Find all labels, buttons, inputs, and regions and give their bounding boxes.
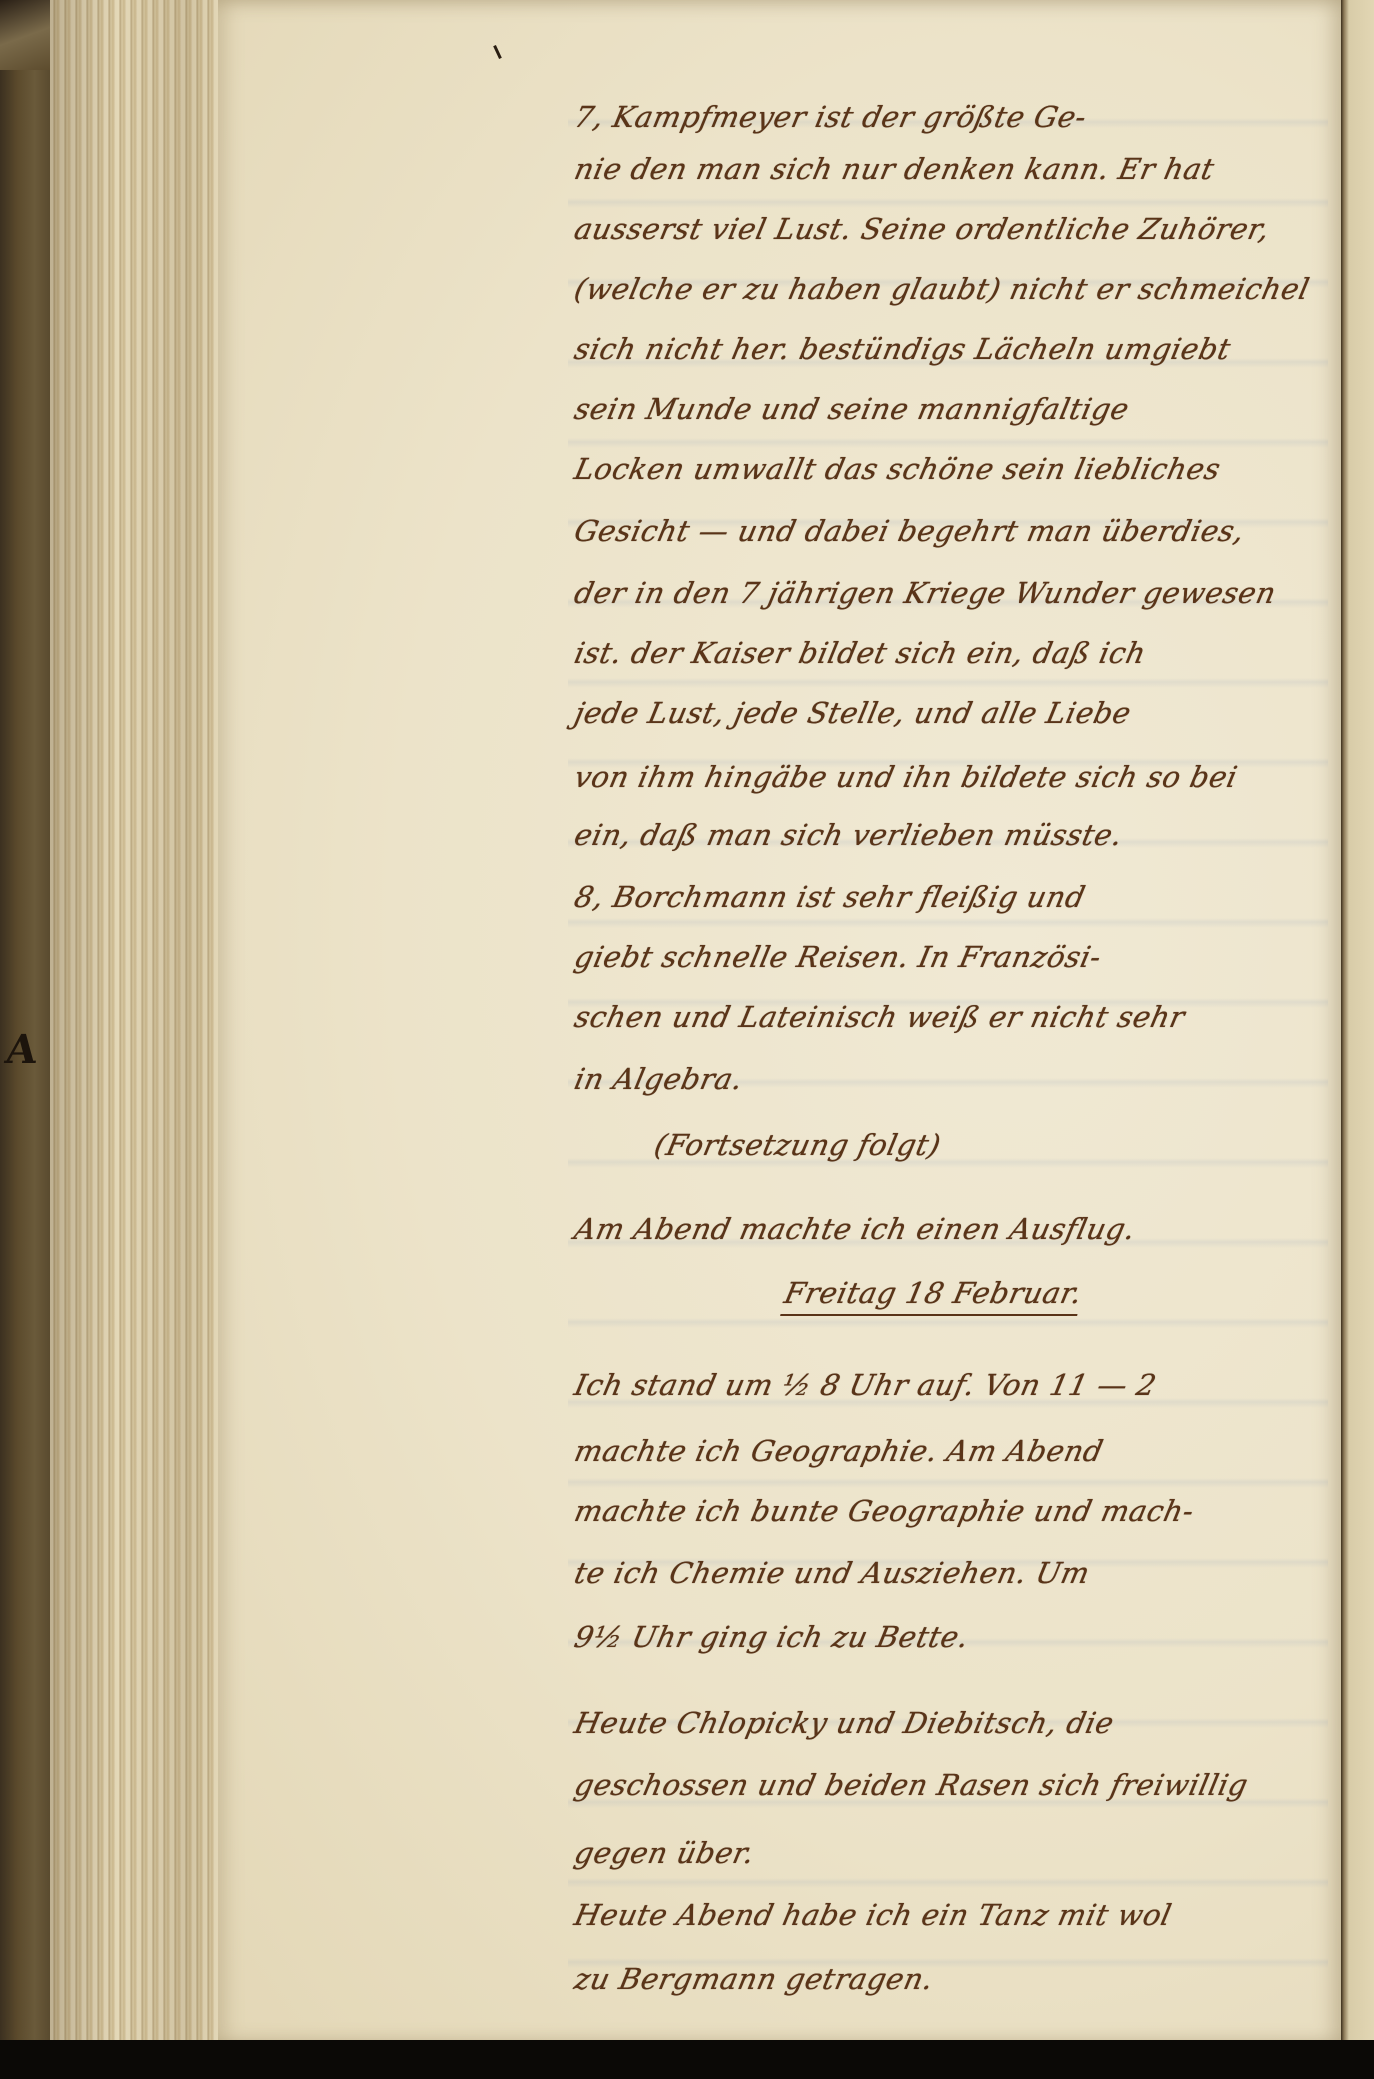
manuscript-line: machte ich Geographie. Am Abend (571, 1434, 1106, 1468)
stacked-page-edges (50, 0, 221, 2060)
manuscript-line: geschossen und beiden Rasen sich freiwil… (571, 1768, 1251, 1802)
manuscript-line: te ich Chemie und Ausziehen. Um (571, 1556, 1093, 1590)
manuscript-line-text: giebt schnelle Reisen. In Französi- (571, 940, 1104, 974)
manuscript-line-text: sein Munde und seine mannigfaltige (571, 392, 1132, 426)
manuscript-line: Locken umwallt das schöne sein liebliche… (571, 452, 1223, 486)
manuscript-line-text: ist. der Kaiser bildet sich ein, daß ich (571, 636, 1149, 670)
manuscript-line-text: von ihm hingäbe und ihn bildete sich so … (571, 760, 1240, 794)
manuscript-line: Gesicht — und dabei begehrt man überdies… (571, 514, 1247, 548)
manuscript-line: 9½ Uhr ging ich zu Bette. (571, 1620, 972, 1654)
manuscript-line: ein, daß man sich verlieben müsste. (571, 818, 1125, 852)
manuscript-line-text: geschossen und beiden Rasen sich freiwil… (571, 1768, 1251, 1802)
manuscript-line: sich nicht her. bestündigs Lächeln umgie… (571, 332, 1234, 366)
manuscript-line: Ich stand um ½ 8 Uhr auf. Von 11 — 2 (571, 1368, 1159, 1402)
manuscript-line-text: zu Bergmann getragen. (571, 1962, 936, 1996)
manuscript-line-text: Locken umwallt das schöne sein liebliche… (571, 452, 1223, 486)
manuscript-line-text: gegen über. (571, 1836, 757, 1870)
manuscript-line: Heute Abend habe ich ein Tanz mit wol (571, 1898, 1174, 1932)
manuscript-line: der in den 7 jährigen Kriege Wunder gewe… (571, 576, 1279, 610)
manuscript-line: zu Bergmann getragen. (571, 1962, 936, 1996)
manuscript-line-text: schen und Lateinisch weiß er nicht sehr (571, 1000, 1188, 1034)
entry-date-heading: Freitag 18 Februar. (781, 1276, 1085, 1310)
manuscript-line-text: jede Lust, jede Stelle, und alle Liebe (571, 696, 1134, 730)
manuscript-line-text: in Algebra. (571, 1062, 746, 1096)
page-gutter-fold (1341, 0, 1374, 2045)
manuscript-line-text: 7, Kampfmeyer ist der größte Ge- (571, 100, 1089, 134)
manuscript-line-text: sich nicht her. bestündigs Lächeln umgie… (571, 332, 1234, 366)
manuscript-line-text: nie den man sich nur denken kann. Er hat (571, 152, 1217, 186)
manuscript-line-text: 9½ Uhr ging ich zu Bette. (571, 1620, 972, 1654)
manuscript-line: ausserst viel Lust. Seine ordentliche Zu… (571, 212, 1272, 246)
manuscript-line-text: Ich stand um ½ 8 Uhr auf. Von 11 — 2 (571, 1368, 1159, 1402)
manuscript-line-text: ein, daß man sich verlieben müsste. (571, 818, 1125, 852)
manuscript-line: machte ich bunte Geographie und mach- (571, 1494, 1197, 1528)
manuscript-line-text: der in den 7 jährigen Kriege Wunder gewe… (571, 576, 1279, 610)
manuscript-line-text: (welche er zu haben glaubt) nicht er sch… (571, 272, 1312, 306)
manuscript-line: Heute Chlopicky und Diebitsch, die (571, 1706, 1117, 1740)
manuscript-line: jede Lust, jede Stelle, und alle Liebe (571, 696, 1134, 730)
manuscript-line: 7, Kampfmeyer ist der größte Ge- (571, 100, 1089, 134)
manuscript-line: giebt schnelle Reisen. In Französi- (571, 940, 1104, 974)
manuscript-line-text: machte ich Geographie. Am Abend (571, 1434, 1106, 1468)
manuscript-line-text: ausserst viel Lust. Seine ordentliche Zu… (571, 212, 1272, 246)
manuscript-line: sein Munde und seine mannigfaltige (571, 392, 1132, 426)
manuscript-line-text: Freitag 18 Februar. (780, 1276, 1085, 1316)
manuscript-line: schen und Lateinisch weiß er nicht sehr (571, 1000, 1188, 1034)
manuscript-line: in Algebra. (571, 1062, 746, 1096)
manuscript-line: nie den man sich nur denken kann. Er hat (571, 152, 1217, 186)
manuscript-line-text: Heute Abend habe ich ein Tanz mit wol (571, 1898, 1174, 1932)
manuscript-line: 8, Borchmann ist sehr fleißig und (571, 880, 1088, 914)
scan-bottom-shadow (0, 2040, 1374, 2079)
book-scan: A 7, Kampfmeyer ist der größte Ge-nie de… (0, 0, 1374, 2079)
manuscript-line: (welche er zu haben glaubt) nicht er sch… (571, 272, 1312, 306)
cover-letter-mark: A (3, 1030, 53, 1070)
manuscript-line: gegen über. (571, 1836, 757, 1870)
manuscript-line: Am Abend machte ich einen Ausflug. (571, 1212, 1138, 1246)
manuscript-line-text: machte ich bunte Geographie und mach- (571, 1494, 1197, 1528)
manuscript-line-text: (Fortsetzung folgt) (651, 1128, 944, 1162)
manuscript-line-text: Heute Chlopicky und Diebitsch, die (571, 1706, 1117, 1740)
manuscript-line-text: Am Abend machte ich einen Ausflug. (571, 1212, 1138, 1246)
manuscript-line-text: 8, Borchmann ist sehr fleißig und (571, 880, 1088, 914)
manuscript-line: von ihm hingäbe und ihn bildete sich so … (571, 760, 1240, 794)
manuscript-line-text: Gesicht — und dabei begehrt man überdies… (571, 514, 1247, 548)
manuscript-line-text: te ich Chemie und Ausziehen. Um (571, 1556, 1093, 1590)
manuscript-line: ist. der Kaiser bildet sich ein, daß ich (571, 636, 1149, 670)
manuscript-line: (Fortsetzung folgt) (651, 1128, 944, 1162)
